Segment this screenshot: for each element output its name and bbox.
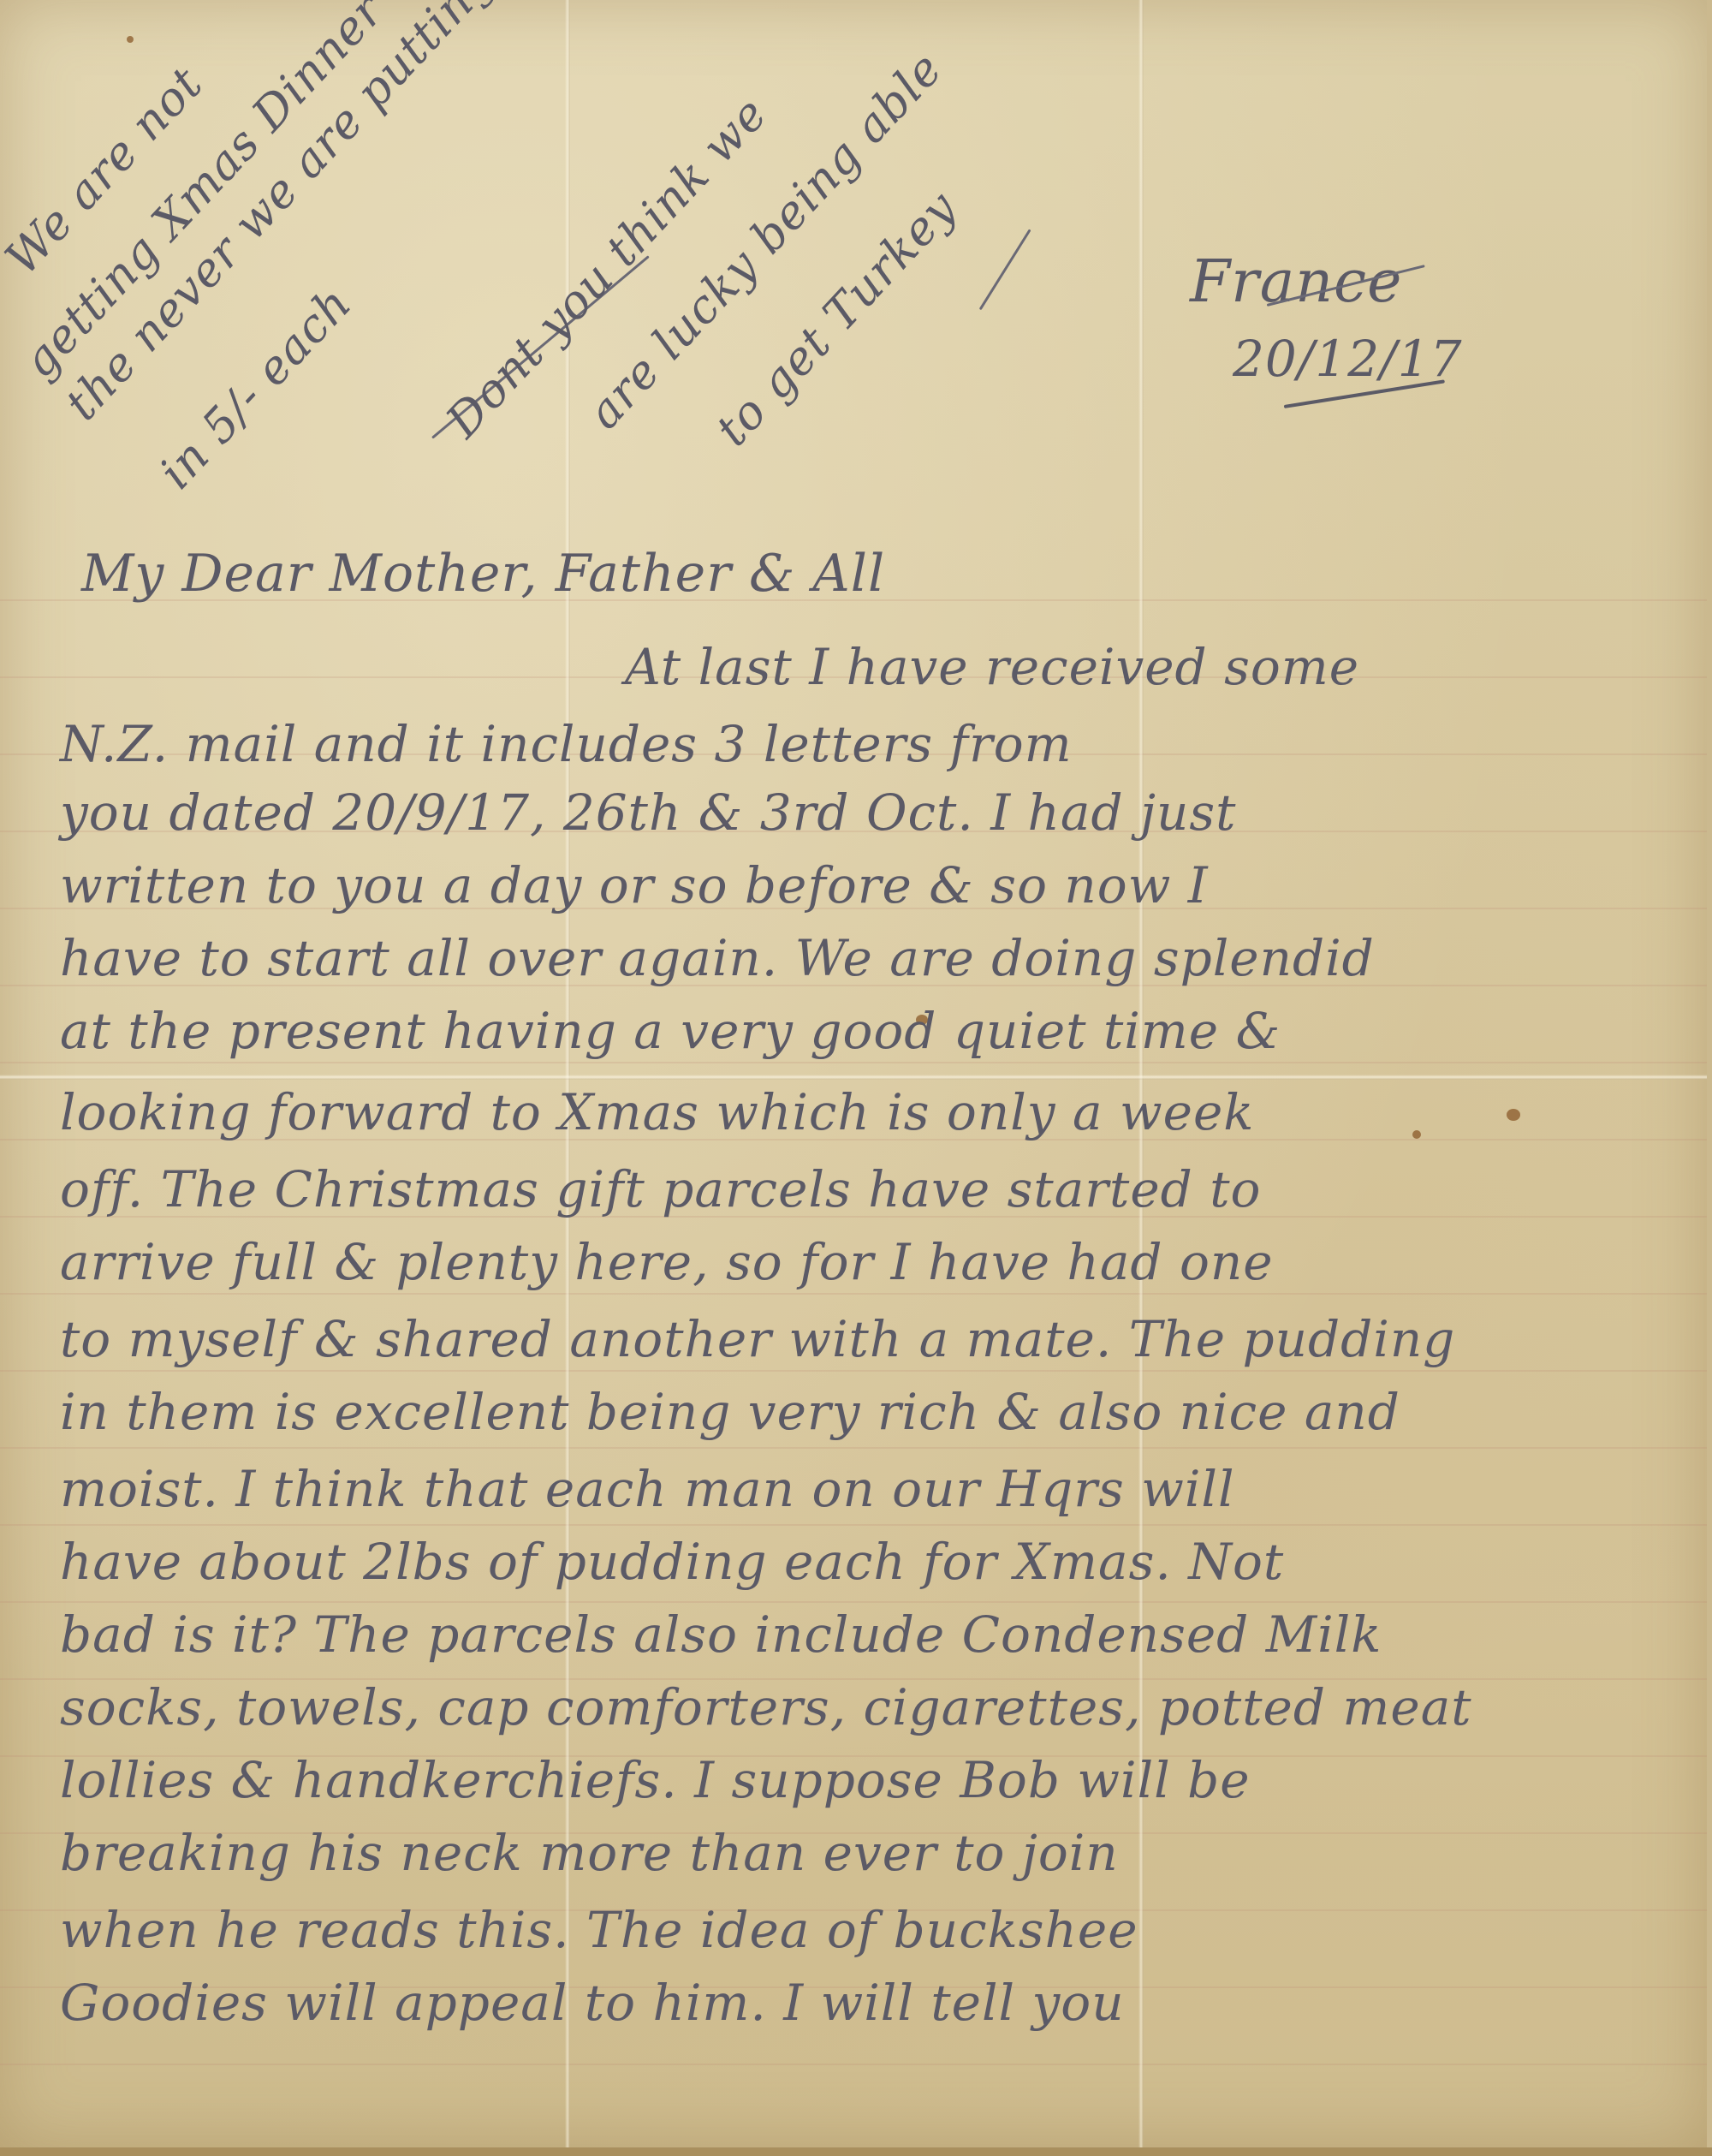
- ruled-line: [0, 1447, 1707, 1449]
- body-line: lollies & handkerchiefs. I suppose Bob w…: [60, 1751, 1251, 1809]
- body-line: at the present having a very good quiet …: [60, 1002, 1281, 1060]
- body-line: written to you a day or so before & so n…: [60, 856, 1209, 914]
- body-line: to myself & shared another with a mate. …: [60, 1310, 1455, 1368]
- foxing-spot: [1507, 1109, 1520, 1121]
- body-line: arrive full & plenty here, so for I have…: [60, 1233, 1274, 1291]
- ruled-line: [0, 1524, 1707, 1526]
- body-line: have to start all over again. We are doi…: [60, 929, 1375, 987]
- body-line: have about 2lbs of pudding each for Xmas…: [60, 1533, 1284, 1591]
- salutation: My Dear Mother, Father & All: [81, 544, 885, 604]
- body-line: moist. I think that each man on our Hqrs…: [60, 1460, 1235, 1518]
- ruled-line: [0, 2064, 1707, 2065]
- fold-crease-horizontal: [0, 1075, 1707, 1080]
- body-line: off. The Christmas gift parcels have sta…: [60, 1160, 1261, 1218]
- pencil-stroke: [979, 229, 1031, 310]
- fold-crease-vertical: [1138, 0, 1144, 2147]
- ruled-line: [0, 1370, 1707, 1372]
- ruled-line: [0, 1293, 1707, 1295]
- foxing-spot: [1412, 1130, 1421, 1139]
- body-line: looking forward to Xmas which is only a …: [60, 1083, 1254, 1141]
- ruled-line: [0, 1062, 1707, 1063]
- body-line: At last I have received some: [625, 638, 1359, 696]
- body-line: breaking his neck more than ever to join: [60, 1824, 1119, 1882]
- ruled-line: [0, 1601, 1707, 1603]
- body-line: when he reads this. The idea of buckshee: [60, 1901, 1138, 1959]
- letter-page: We are not getting Xmas Dinner on the ne…: [0, 0, 1707, 2147]
- body-line: socks, towels, cap comforters, cigarette…: [60, 1678, 1472, 1736]
- body-line: in them is excellent being very rich & a…: [60, 1383, 1400, 1441]
- letter-place: France: [1190, 248, 1402, 316]
- letter-date: 20/12/17: [1233, 330, 1463, 388]
- scan-background-edge: [0, 2147, 1712, 2156]
- body-line: Goodies will appeal to him. I will tell …: [60, 1974, 1125, 2032]
- body-line: bad is it? The parcels also include Cond…: [60, 1605, 1382, 1664]
- foxing-spot: [127, 36, 134, 43]
- body-line: N.Z. mail and it includes 3 letters from: [60, 715, 1073, 773]
- body-line: you dated 20/9/17, 26th & 3rd Oct. I had…: [60, 783, 1236, 842]
